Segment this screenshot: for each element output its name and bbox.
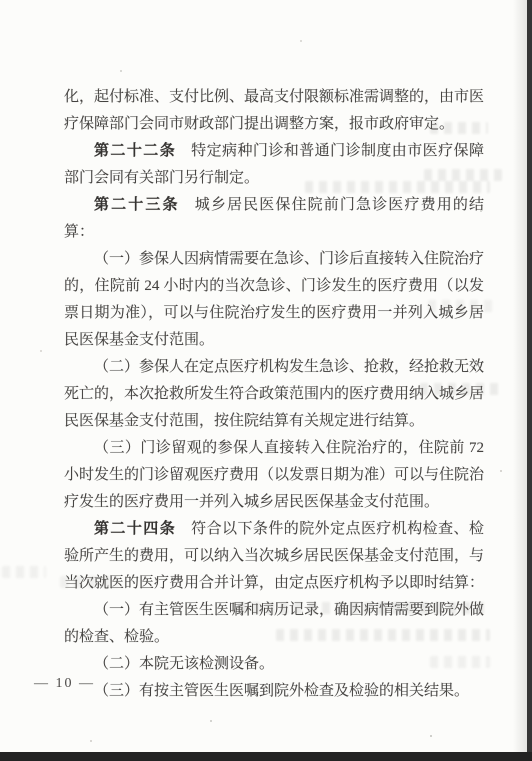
paragraph: （二）参保人在定点医疗机构发生急诊、抢救，经抢救无效死亡的，本次抢救所发生符合政… <box>64 354 484 435</box>
scan-edge-bottom <box>0 752 532 761</box>
paragraph: （三）门诊留观的参保人直接转入住院治疗的，住院前 72 小时发生的门诊留观医疗费… <box>64 435 484 516</box>
paragraph: （三）有按主管医生医嘱到院外检查及检验的相关结果。 <box>64 678 484 705</box>
paragraph: （一）参保人因病情需要在急诊、门诊后直接转入住院治疗的，住院前 24 小时内的当… <box>64 246 484 354</box>
bleedthrough-artifact <box>2 566 46 578</box>
document-body: 化，起付标准、支付比例、最高支付限额标准需调整的，由市医疗保障部门会同市财政部门… <box>64 84 484 705</box>
paragraph: 化，起付标准、支付比例、最高支付限额标准需调整的，由市医疗保障部门会同市财政部门… <box>64 84 484 138</box>
scan-noise <box>0 0 2 2</box>
article-number: 第二十四条 <box>94 521 176 537</box>
scan-edge-right <box>527 0 532 761</box>
paragraph: （二）本院无该检测设备。 <box>64 651 484 678</box>
article-paragraph: 第二十二条特定病种门诊和普通门诊制度由市医疗保障部门会同有关部门另行制定。 <box>64 138 484 192</box>
page-number: — 10 — <box>34 676 95 692</box>
article-number: 第二十二条 <box>94 143 176 159</box>
paragraph: （一）有主管医生医嘱和病历记录，确因病情需要到院外做的检查、检验。 <box>64 597 484 651</box>
page-edge-shadow <box>513 0 527 752</box>
article-number: 第二十三条 <box>94 197 180 213</box>
article-paragraph: 第二十三条城乡居民医保住院前门急诊医疗费用的结算： <box>64 192 484 246</box>
document-page: 化，起付标准、支付比例、最高支付限额标准需调整的，由市医疗保障部门会同市财政部门… <box>0 0 527 752</box>
article-paragraph: 第二十四条符合以下条件的院外定点医疗机构检查、检验所产生的费用，可以纳入当次城乡… <box>64 516 484 597</box>
